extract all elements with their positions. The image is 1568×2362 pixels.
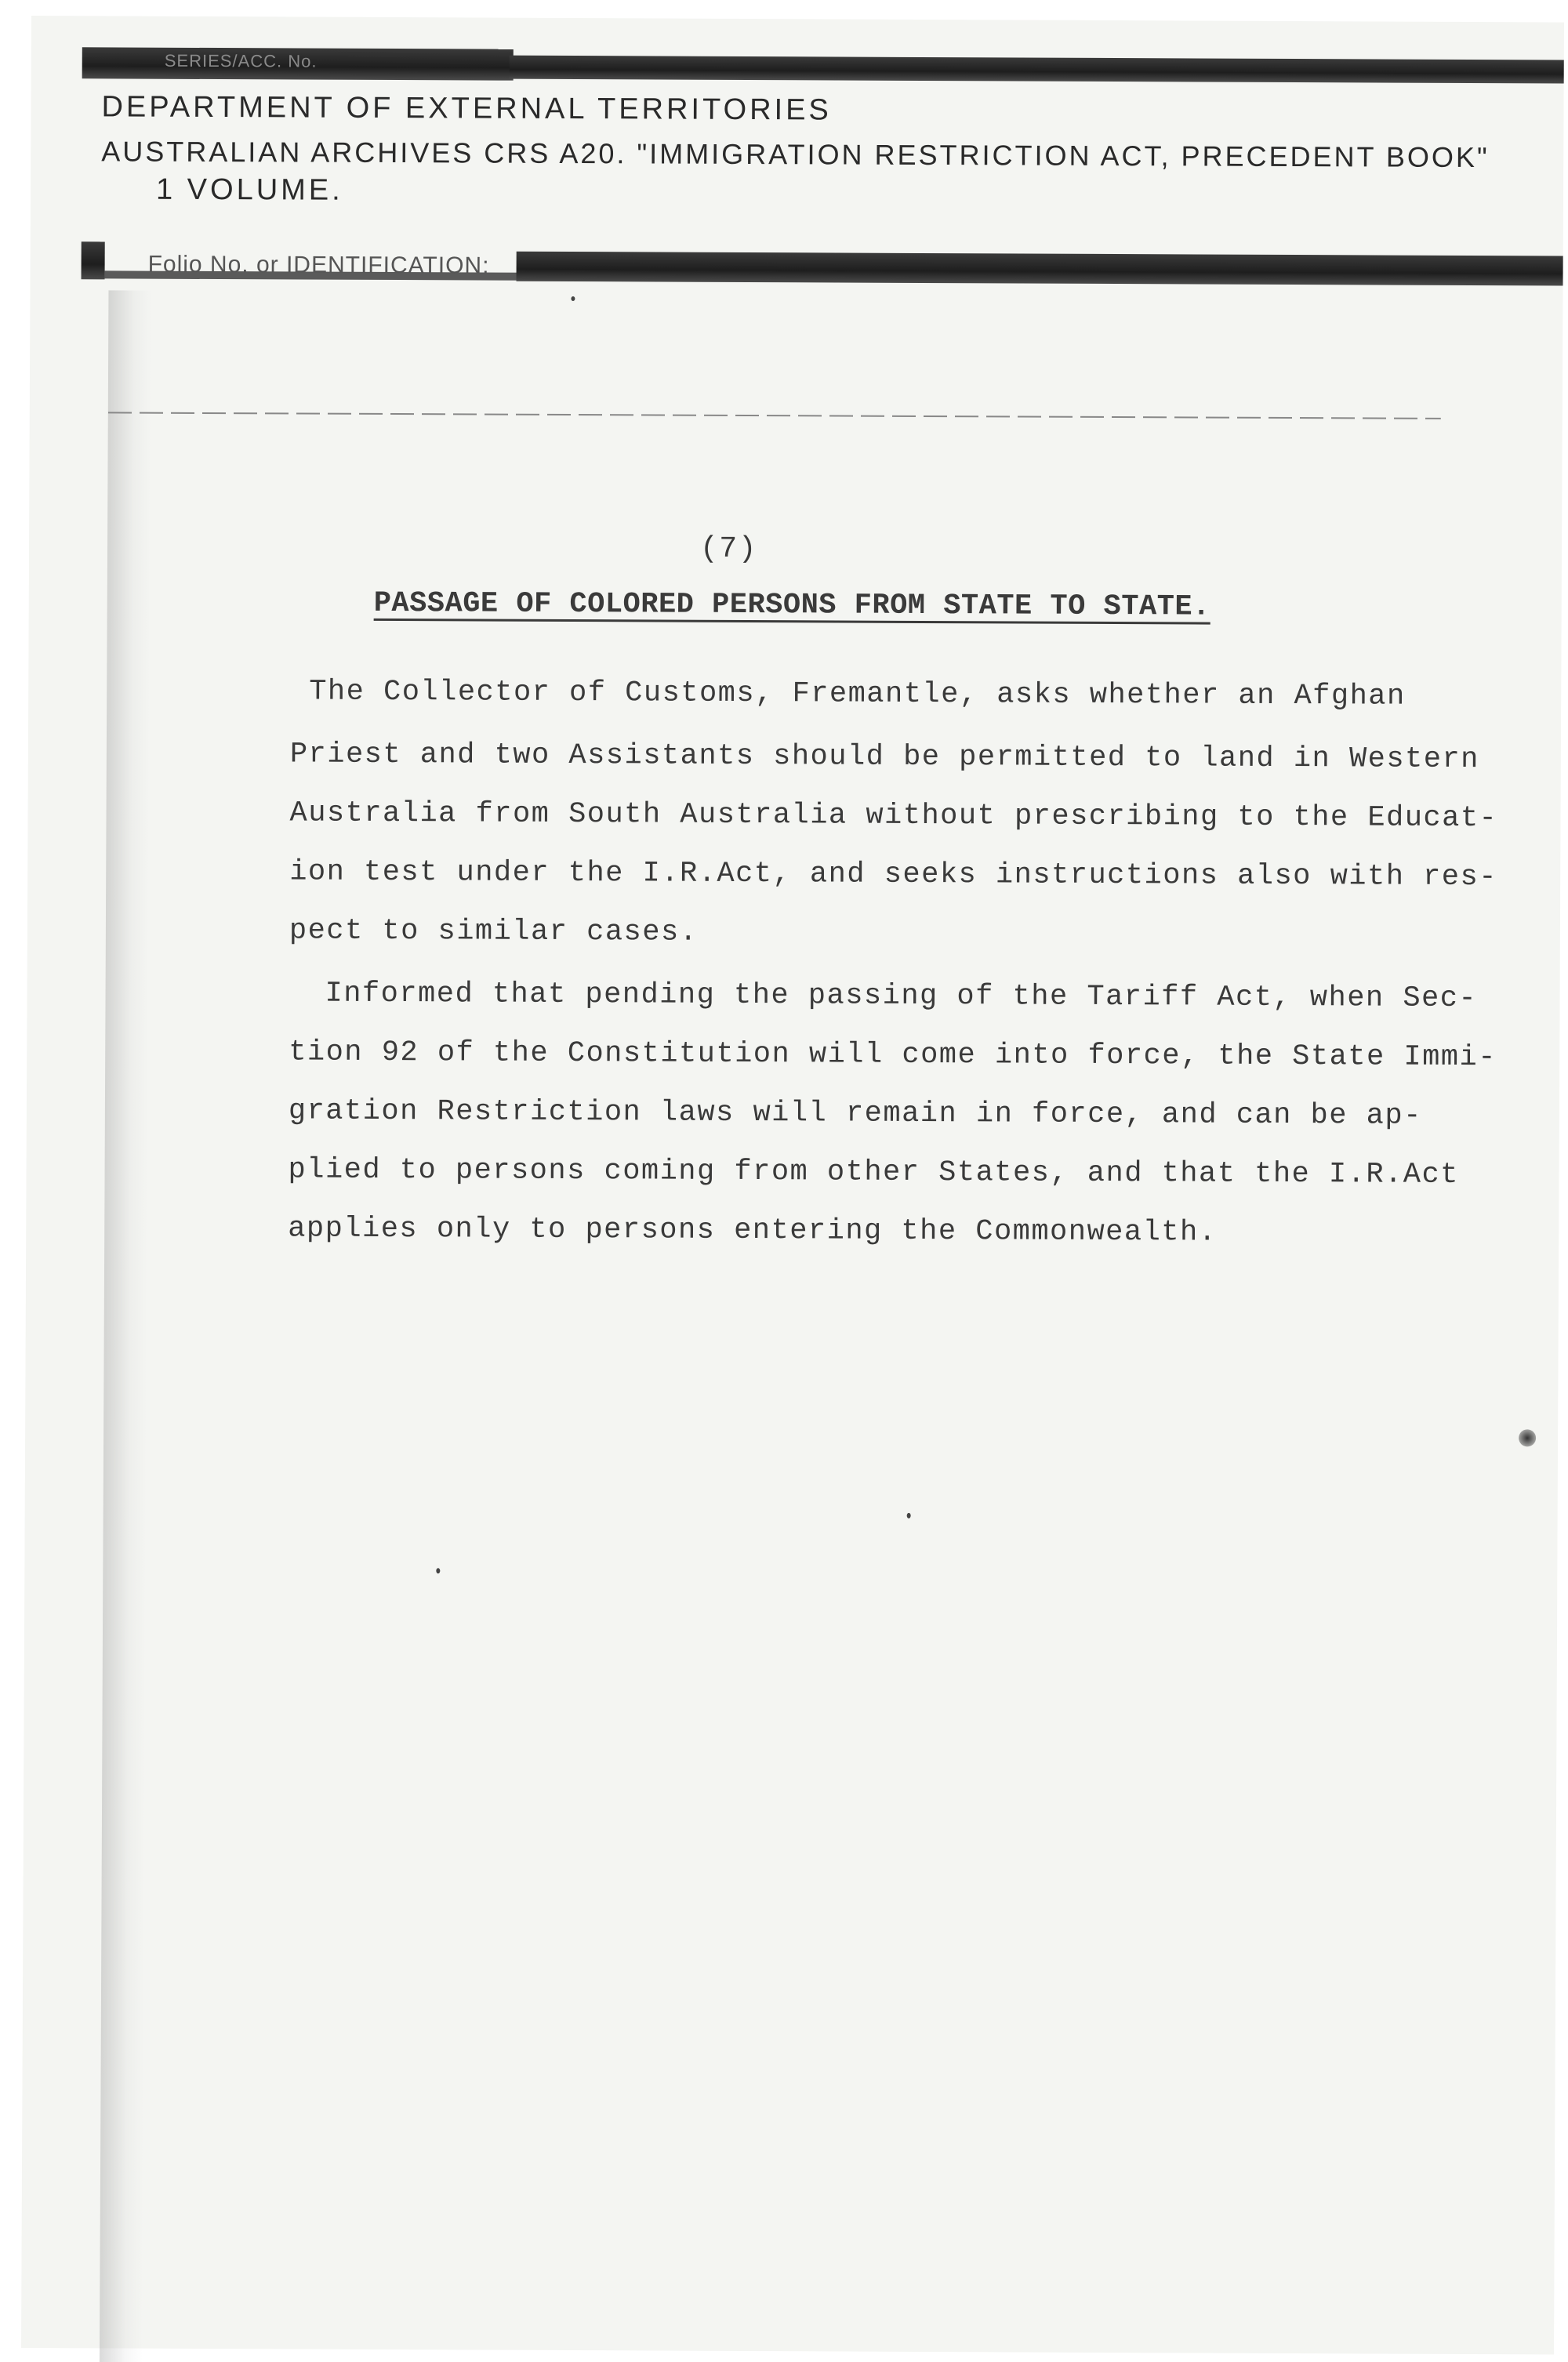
paragraph-1: The Collector of Customs, Fremantle, ask… [31,16,1564,23]
paragraph-line: applies only to persons entering the Com… [288,1212,1217,1249]
document-number: (7) [700,532,757,566]
folio-strip-right [517,252,1563,286]
paragraph-2: Informed that pending the passing of the… [31,16,1564,23]
paragraph-line: Priest and two Assistants should be perm… [290,738,1479,776]
handwritten-line-volume: 1 VOLUME. [156,173,343,208]
handwritten-line-archives: AUSTRALIAN ARCHIVES CRS A20. "IMMIGRATIO… [101,135,1490,174]
series-label: SERIES/ACC. No. [165,51,318,72]
folio-label: Folio No. or IDENTIFICATION: [148,252,490,280]
paragraph-line: pect to similar cases. [289,914,699,949]
paragraph-line: tion 92 of the Constitution will come in… [289,1036,1497,1074]
paragraph-line: plied to persons coming from other State… [288,1153,1458,1192]
paragraph-line: Informed that pending the passing of the… [325,978,1477,1015]
scan-speck [436,1568,440,1573]
scan-speck [907,1513,911,1518]
paragraph-line: ion test under the I.R.Act, and seeks in… [289,855,1497,894]
scan-speck [571,296,575,301]
paragraph-line: gration Restriction laws will remain in … [289,1094,1422,1132]
scan-speck [1519,1429,1536,1446]
document-title: PASSAGE OF COLORED PERSONS FROM STATE TO… [374,587,1210,624]
series-strip-right [510,56,1564,84]
document-page: SERIES/ACC. No. DEPARTMENT OF EXTERNAL T… [21,16,1564,2355]
folio-strip-left [82,241,105,279]
handwritten-line-department: DEPARTMENT OF EXTERNAL TERRITORIES [101,90,832,127]
divider-rule [108,412,1441,419]
paragraph-line: Australia from South Australia without p… [289,796,1497,835]
paragraph-line: The Collector of Customs, Fremantle, ask… [309,676,1406,713]
margin-shadow [100,290,152,2362]
